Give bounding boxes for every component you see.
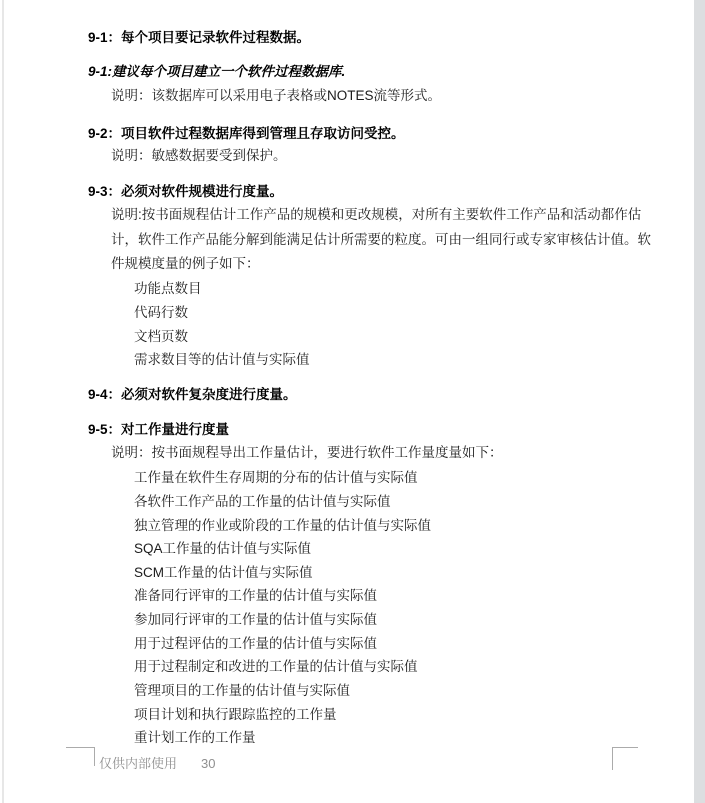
list-item: 准备同行评审的工作量的估计值与实际值 [134, 587, 649, 605]
note-line-9-1: 说明：该数据库可以采用电子表格或NOTES流等形式。 [111, 87, 649, 105]
document-page: 9-1：每个项目要记录软件过程数据。 9-1:建议每个项目建立一个软件过程数据库… [4, 0, 694, 803]
list-item: 用于过程制定和改进的工作量的估计值与实际值 [134, 658, 649, 676]
list-item: 代码行数 [134, 304, 649, 322]
list-item: 各软件工作产品的工作量的估计值与实际值 [134, 493, 649, 511]
list-item: SCM工作量的估计值与实际值 [134, 564, 649, 582]
requirement-heading-9-2: 9-2：项目软件过程数据库得到管理且存取访问受控。 [88, 125, 649, 143]
list-item: 项目计划和执行跟踪监控的工作量 [134, 706, 649, 724]
list-item: 工作量在软件生存周期的分布的估计值与实际值 [134, 469, 649, 487]
document-body: 9-1：每个项目要记录软件过程数据。 9-1:建议每个项目建立一个软件过程数据库… [4, 0, 694, 747]
outside-page-band [694, 0, 705, 803]
requirement-heading-9-1: 9-1：每个项目要记录软件过程数据。 [88, 29, 649, 47]
list-item: 用于过程评估的工作量的估计值与实际值 [134, 635, 649, 653]
requirement-heading-9-5: 9-5：对工作量进行度量 [88, 421, 649, 439]
requirement-heading-9-4: 9-4：必须对软件复杂度进行度量。 [88, 386, 649, 404]
page-number: 30 [201, 756, 215, 771]
suggestion-line-9-1: 9-1:建议每个项目建立一个软件过程数据库. [88, 63, 649, 81]
note-line-9-5: 说明：按书面规程导出工作量估计，要进行软件工作量度量如下： [111, 444, 649, 462]
requirement-heading-9-3: 9-3：必须对软件规模进行度量。 [88, 183, 649, 201]
note-line-9-2: 说明：敏感数据要受到保护。 [111, 147, 649, 165]
note-paragraph-9-3: 说明:按书面规程估计工作产品的规模和更改规模，对所有主要软件工作产品和活动都作估… [111, 203, 657, 277]
list-item: 文档页数 [134, 328, 649, 346]
document-page-view: { "document": { "body": [ { "type": "hea… [0, 0, 705, 803]
list-item: 功能点数目 [134, 280, 649, 298]
list-item: 独立管理的作业或阶段的工作量的估计值与实际值 [134, 517, 649, 535]
list-item: SQA工作量的估计值与实际值 [134, 540, 649, 558]
list-item: 管理项目的工作量的估计值与实际值 [134, 682, 649, 700]
footer-label: 仅供内部使用 [99, 756, 177, 771]
list-item: 需求数目等的估计值与实际值 [134, 351, 649, 369]
list-item: 参加同行评审的工作量的估计值与实际值 [134, 611, 649, 629]
list-item: 重计划工作的工作量 [134, 729, 649, 747]
text-boundary-mark-right [612, 747, 638, 770]
text-boundary-mark-left [66, 747, 95, 766]
page-footer: 仅供内部使用30 [99, 756, 215, 772]
